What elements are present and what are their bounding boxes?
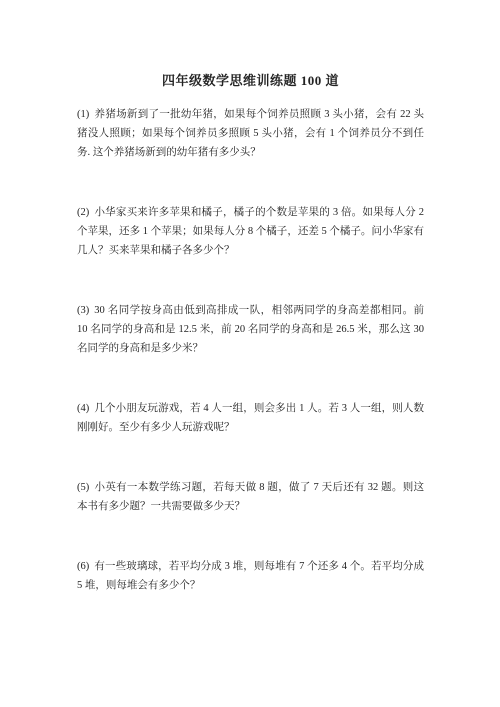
- problem-2: (2)小华家买来许多苹果和橘子，橘子的个数是苹果的 3 倍。如果每人分 2 个苹…: [77, 203, 424, 260]
- problem-4-number: (4): [77, 403, 89, 414]
- problem-5: (5)小英有一本数学练习题，若每天做 8 题，做了 7 天后还有 32 题。则这…: [77, 478, 424, 516]
- problem-6-number: (6): [77, 561, 89, 572]
- problem-4-text: 几个小朋友玩游戏，若 4 人一组，则会多出 1 人。若 3 人一组，则人数刚刚好…: [77, 403, 424, 433]
- problem-1: (1)养猪场新到了一批幼年猪，如果每个饲养员照顾 3 头小猪，会有 22 头猪没…: [77, 105, 424, 162]
- problem-2-text: 小华家买来许多苹果和橘子，橘子的个数是苹果的 3 倍。如果每人分 2 个苹果，还…: [77, 207, 424, 256]
- problem-1-number: (1): [77, 109, 89, 120]
- problem-6-text: 有一些玻璃球，若平均分成 3 堆，则每堆有 7 个还多 4 个。若平均分成 5 …: [77, 561, 424, 591]
- document-page: 四年级数学思维训练题 100 道 (1)养猪场新到了一批幼年猪，如果每个饲养员照…: [0, 0, 500, 707]
- problem-2-number: (2): [77, 207, 89, 218]
- problem-5-text: 小英有一本数学练习题，若每天做 8 题，做了 7 天后还有 32 题。则这本书有…: [77, 482, 424, 512]
- problem-1-text: 养猪场新到了一批幼年猪，如果每个饲养员照顾 3 头小猪，会有 22 头猪没人照顾…: [77, 109, 424, 158]
- problem-4: (4)几个小朋友玩游戏，若 4 人一组，则会多出 1 人。若 3 人一组，则人数…: [77, 399, 424, 437]
- problem-6: (6)有一些玻璃球，若平均分成 3 堆，则每堆有 7 个还多 4 个。若平均分成…: [77, 557, 424, 595]
- problem-3: (3)30 名同学按身高由低到高排成一队，相邻两同学的身高差都相同。前 10 名…: [77, 301, 424, 358]
- page-title: 四年级数学思维训练题 100 道: [77, 72, 424, 90]
- problem-3-text: 30 名同学按身高由低到高排成一队，相邻两同学的身高差都相同。前 10 名同学的…: [77, 305, 424, 354]
- problem-3-number: (3): [77, 305, 89, 316]
- problem-5-number: (5): [77, 482, 89, 493]
